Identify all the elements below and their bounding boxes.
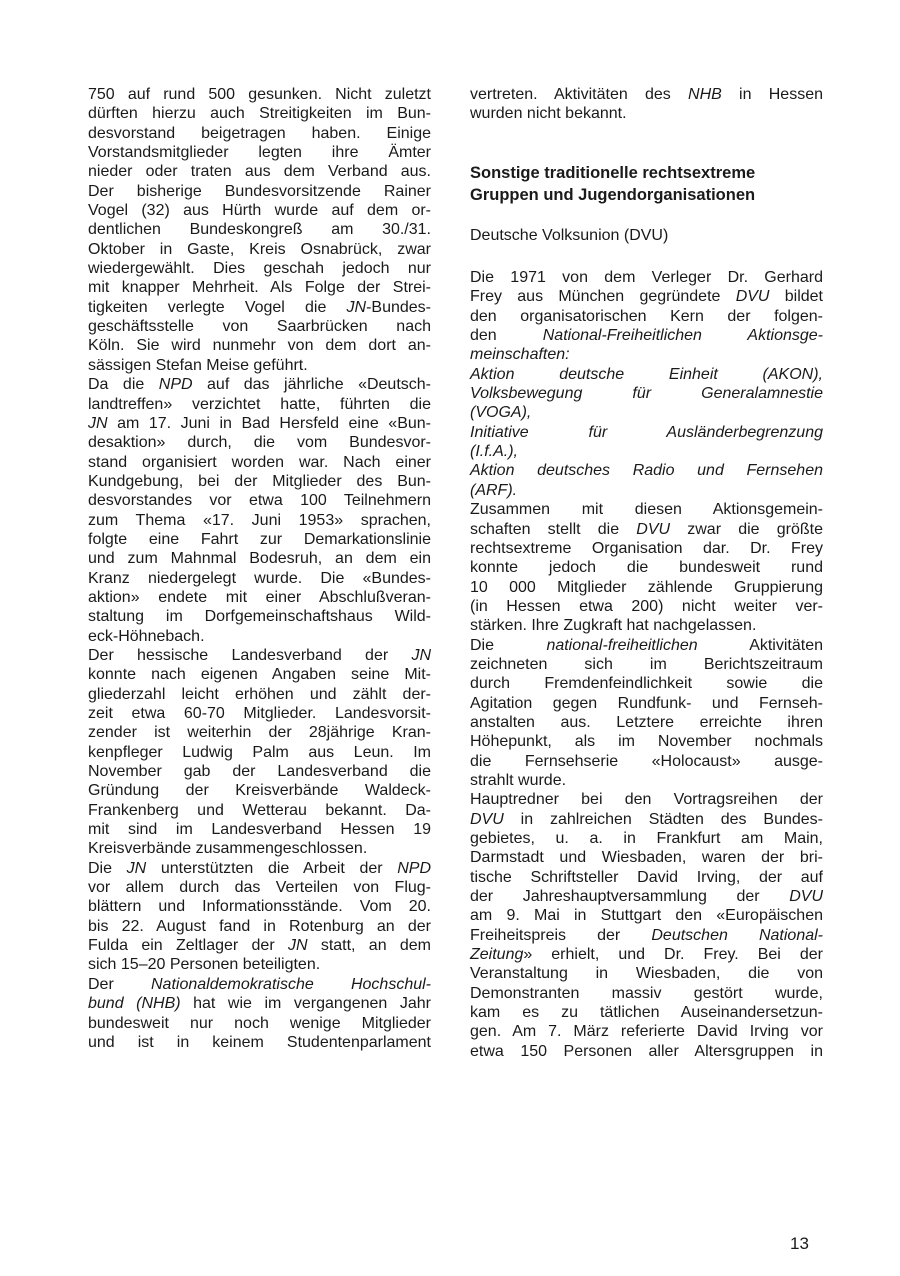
text-line: strahlt wurde. — [470, 771, 823, 790]
text-line: vertreten. Aktivitäten des NHB in Hessen — [470, 85, 823, 104]
text-line: (VOGA), — [470, 403, 823, 422]
text-line: Demonstranten massiv gestört wurde, — [470, 984, 823, 1003]
text-line: Der bisherige Bundesvorsitzende Rainer — [88, 182, 431, 201]
paragraph: Da die NPD auf das jährliche «Deutsch-la… — [88, 375, 431, 646]
text-line: dürften hierzu auch Streitigkeiten im Bu… — [88, 104, 431, 123]
text-line: Kundgebung, bei der Mitglieder des Bun- — [88, 472, 431, 491]
text-line: dentlichen Bundeskongreß am 30./31. — [88, 220, 431, 239]
text-line: stärken. Ihre Zugkraft hat nachgelassen. — [470, 616, 823, 635]
text-line: Frey aus München gegründete DVU bildet — [470, 287, 823, 306]
text-line: Köln. Sie wird nunmehr von dem dort an- — [88, 336, 431, 355]
text-line: zeit etwa 60-70 Mitglieder. Landesvorsit… — [88, 704, 431, 723]
paragraph: Die national-freiheitlichen Aktivitätenz… — [470, 636, 823, 791]
text-line: Volksbewegung für Generalamnestie — [470, 384, 823, 403]
text-line: Zeitung» erhielt, und Dr. Frey. Bei der — [470, 945, 823, 964]
text-line: zeichneten sich im Berichtszeitraum — [470, 655, 823, 674]
text-line: bis 22. August fand in Rotenburg an der — [88, 917, 431, 936]
text-line: mit sind im Landesverband Hessen 19 — [88, 820, 431, 839]
paragraph: Die JN unterstützten die Arbeit der NPDv… — [88, 859, 431, 975]
text-line: Die 1971 von dem Verleger Dr. Gerhard — [470, 268, 823, 287]
text-line: Vorstandsmitglieder legten ihre Ämter — [88, 143, 431, 162]
text-line: stand organisiert worden war. Nach einer — [88, 453, 431, 472]
text-line: JN am 17. Juni in Bad Hersfeld eine «Bun… — [88, 414, 431, 433]
text-line: meinschaften: — [470, 345, 823, 364]
text-line: und zum Mahnmal Bodesruh, an dem ein — [88, 549, 431, 568]
text-line: Die national-freiheitlichen Aktivitäten — [470, 636, 823, 655]
text-line: anstalten aus. Letztere erreichte ihren — [470, 713, 823, 732]
text-line: desaktion» durch, die vom Bundesvor- — [88, 433, 431, 452]
text-line: den National-Freiheitlichen Aktionsge- — [470, 326, 823, 345]
text-line: zum Thema «17. Juni 1953» sprachen, — [88, 511, 431, 530]
text-line: gen. Am 7. März referierte David Irving … — [470, 1022, 823, 1041]
paragraph: vertreten. Aktivitäten des NHB in Hessen… — [470, 85, 823, 124]
organization-list: Aktion deutsche Einheit (AKON),Volksbewe… — [470, 365, 823, 500]
text-line: eck-Höhnebach. — [88, 627, 431, 646]
text-line: Der Nationaldemokratische Hochschul- — [88, 975, 431, 994]
text-line: die Fernsehserie «Holocaust» ausge- — [470, 752, 823, 771]
text-line: Hauptredner bei den Vortragsreihen der — [470, 790, 823, 809]
text-line: Oktober in Gaste, Kreis Osnabrück, zwar — [88, 240, 431, 259]
text-line: Kreisverbände zusammengeschlossen. — [88, 839, 431, 858]
text-line: Die JN unterstützten die Arbeit der NPD — [88, 859, 431, 878]
text-line: Agitation gegen Rundfunk- und Fernseh- — [470, 694, 823, 713]
subsection-heading: Deutsche Volksunion (DVU) — [470, 226, 823, 245]
text-line: blättern und Informationsstände. Vom 20. — [88, 897, 431, 916]
text-line: kenpfleger Ludwig Palm aus Leun. Im — [88, 743, 431, 762]
text-line: rechtsextreme Organisation dar. Dr. Frey — [470, 539, 823, 558]
text-line: staltung im Dorfgemeinschaftshaus Wild- — [88, 607, 431, 626]
text-line: wurden nicht bekannt. — [470, 104, 823, 123]
paragraph: Hauptredner bei den Vortragsreihen derDV… — [470, 790, 823, 1061]
text-line: desvorstand beigetragen haben. Einige — [88, 124, 431, 143]
text-line: (ARF). — [470, 481, 823, 500]
text-line: Gruppen und Jugendorganisationen — [470, 184, 823, 206]
text-line: bund (NHB) hat wie im vergangenen Jahr — [88, 994, 431, 1013]
text-line: kam es zu tätlichen Auseinandersetzun- — [470, 1003, 823, 1022]
text-line: und ist in keinem Studentenparlament — [88, 1033, 431, 1052]
text-line: Da die NPD auf das jährliche «Deutsch- — [88, 375, 431, 394]
text-line: 10 000 Mitglieder zählende Gruppierung — [470, 578, 823, 597]
paragraph: Der Nationaldemokratische Hochschul-bund… — [88, 975, 431, 1052]
text-line: konnte nach eigenen Angaben seine Mit- — [88, 665, 431, 684]
text-line: sich 15–20 Personen beteiligten. — [88, 955, 431, 974]
text-line: schaften stellt die DVU zwar die größte — [470, 520, 823, 539]
text-line: zender ist weiterhin der 28jährige Kran- — [88, 723, 431, 742]
left-column: 750 auf rund 500 gesunken. Nicht zuletzt… — [88, 85, 431, 1052]
text-line: (in Hessen etwa 200) nicht weiter ver- — [470, 597, 823, 616]
text-line: durch Fremdenfeindlichkeit sowie die — [470, 674, 823, 693]
text-line: 750 auf rund 500 gesunken. Nicht zuletzt — [88, 85, 431, 104]
text-line: wiedergewählt. Dies geschah jedoch nur — [88, 259, 431, 278]
text-line: landtreffen» verzichtet hatte, führten d… — [88, 395, 431, 414]
text-line: den organisatorischen Kern der folgen- — [470, 307, 823, 326]
text-line: folgte eine Fahrt zur Demarkationslinie — [88, 530, 431, 549]
text-line: Gründung der Kreisverbände Waldeck- — [88, 781, 431, 800]
text-line: etwa 150 Personen aller Altersgruppen in — [470, 1042, 823, 1061]
text-line: Veranstaltung in Wiesbaden, die von — [470, 964, 823, 983]
text-line: Aktion deutsche Einheit (AKON), — [470, 365, 823, 384]
text-line: Initiative für Ausländerbegrenzung — [470, 423, 823, 442]
text-line: Höhepunkt, als im November nochmals — [470, 732, 823, 751]
text-line: am 9. Mai in Stuttgart den «Europäischen — [470, 906, 823, 925]
text-line: Deutsche Volksunion (DVU) — [470, 226, 823, 245]
text-line: nieder oder traten aus dem Verband aus. — [88, 162, 431, 181]
text-line: Kranz niedergelegt wurde. Die «Bundes- — [88, 569, 431, 588]
text-line: Zusammen mit diesen Aktionsgemein- — [470, 500, 823, 519]
right-column: vertreten. Aktivitäten des NHB in Hessen… — [470, 85, 823, 1061]
text-line: (I.f.A.), — [470, 442, 823, 461]
section-heading: Sonstige traditionelle rechtsextremeGrup… — [470, 162, 823, 206]
text-line: sässigen Stefan Meise geführt. — [88, 356, 431, 375]
text-line: gebietes, u. a. in Frankfurt am Main, — [470, 829, 823, 848]
text-line: Darmstadt und Wiesbaden, waren der bri- — [470, 848, 823, 867]
text-line: Aktion deutsches Radio und Fernsehen — [470, 461, 823, 480]
text-line: desvorstandes vor etwa 100 Teilnehmern — [88, 491, 431, 510]
text-line: gliederzahl leicht erhöhen und zählt der… — [88, 685, 431, 704]
text-line: tigkeiten verlegte Vogel die JN-Bundes- — [88, 298, 431, 317]
text-line: Freiheitspreis der Deutschen National- — [470, 926, 823, 945]
paragraph: Der hessische Landesverband der JNkonnte… — [88, 646, 431, 859]
paragraph: Die 1971 von dem Verleger Dr. GerhardFre… — [470, 268, 823, 365]
text-line: bundesweit nur noch wenige Mitglieder — [88, 1014, 431, 1033]
text-line: Fulda ein Zeltlager der JN statt, an dem — [88, 936, 431, 955]
text-line: der Jahreshauptversammlung der DVU — [470, 887, 823, 906]
text-line: vor allem durch das Verteilen von Flug- — [88, 878, 431, 897]
text-line: Vogel (32) aus Hürth wurde auf dem or- — [88, 201, 431, 220]
text-line: Sonstige traditionelle rechtsextreme — [470, 162, 823, 184]
text-line: November gab der Landesverband die — [88, 762, 431, 781]
text-line: mit knapper Mehrheit. Als Folge der Stre… — [88, 278, 431, 297]
text-line: tische Schriftsteller David Irving, der … — [470, 868, 823, 887]
paragraph: Zusammen mit diesen Aktionsgemein-schaft… — [470, 500, 823, 635]
text-line: Der hessische Landesverband der JN — [88, 646, 431, 665]
text-line: DVU in zahlreichen Städten des Bundes- — [470, 810, 823, 829]
paragraph: 750 auf rund 500 gesunken. Nicht zuletzt… — [88, 85, 431, 375]
text-line: geschäftsstelle von Saarbrücken nach — [88, 317, 431, 336]
page-number: 13 — [790, 1234, 809, 1254]
text-line: konnte jedoch die bundesweit rund — [470, 558, 823, 577]
text-line: aktion» endete mit einer Abschlußveran- — [88, 588, 431, 607]
text-line: Frankenberg und Wetterau bekannt. Da- — [88, 801, 431, 820]
